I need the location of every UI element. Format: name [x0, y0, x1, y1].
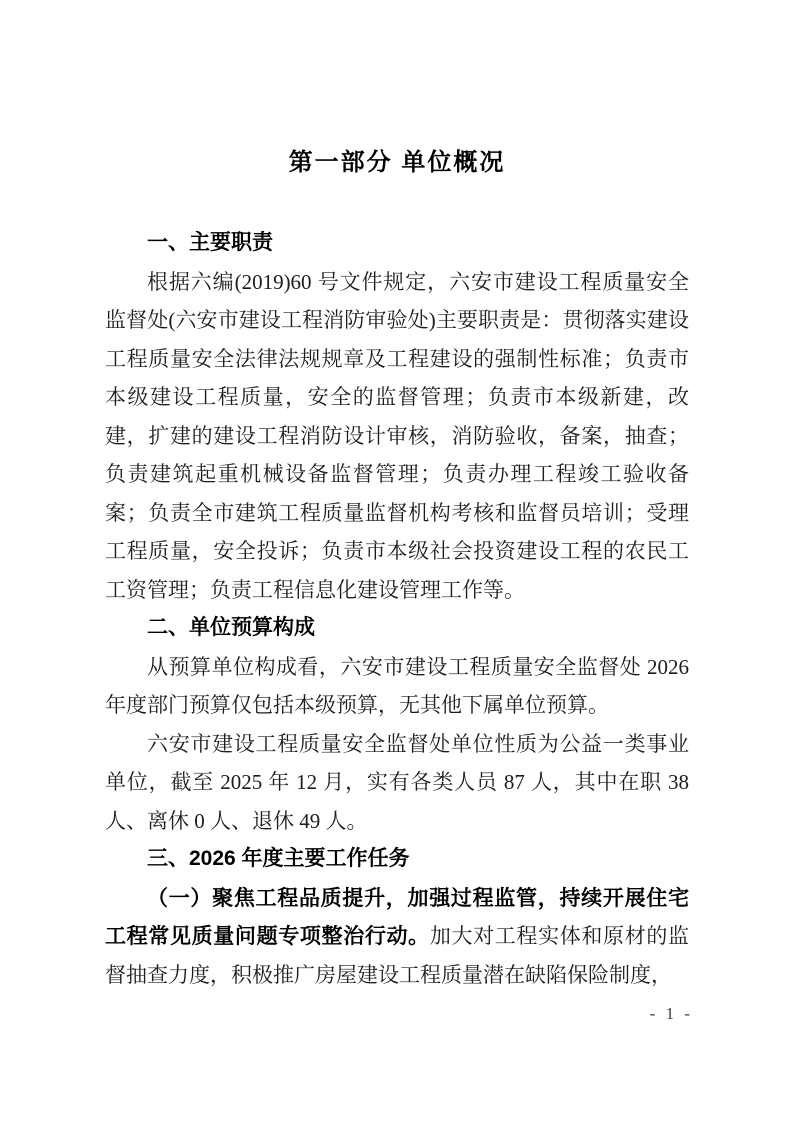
page-number: - 1 -: [650, 1004, 693, 1024]
section-heading-budget-composition: 二、单位预算构成: [105, 609, 689, 648]
section-heading-2026-tasks: 三、2026 年度主要工作任务: [105, 840, 689, 879]
section-heading-main-duties: 一、主要职责: [105, 224, 689, 263]
paragraph-task-one: （一）聚焦工程品质提升，加强过程监管，持续开展住宅工程常见质量问题专项整治行动。…: [105, 879, 689, 995]
paragraph-staffing: 六安市建设工程质量安全监督处单位性质为公益一类事业单位，截至 2025 年 12…: [105, 725, 689, 841]
document-content: 第一部分 单位概况 一、主要职责 根据六编(2019)60 号文件规定，六安市建…: [105, 147, 689, 994]
document-title: 第一部分 单位概况: [105, 147, 689, 178]
document-page: 第一部分 单位概况 一、主要职责 根据六编(2019)60 号文件规定，六安市建…: [0, 0, 793, 1122]
paragraph-duties: 根据六编(2019)60 号文件规定，六安市建设工程质量安全监督处(六安市建设工…: [105, 263, 689, 610]
paragraph-budget-scope: 从预算单位构成看，六安市建设工程质量安全监督处 2026 年度部门预算仅包括本级…: [105, 648, 689, 725]
